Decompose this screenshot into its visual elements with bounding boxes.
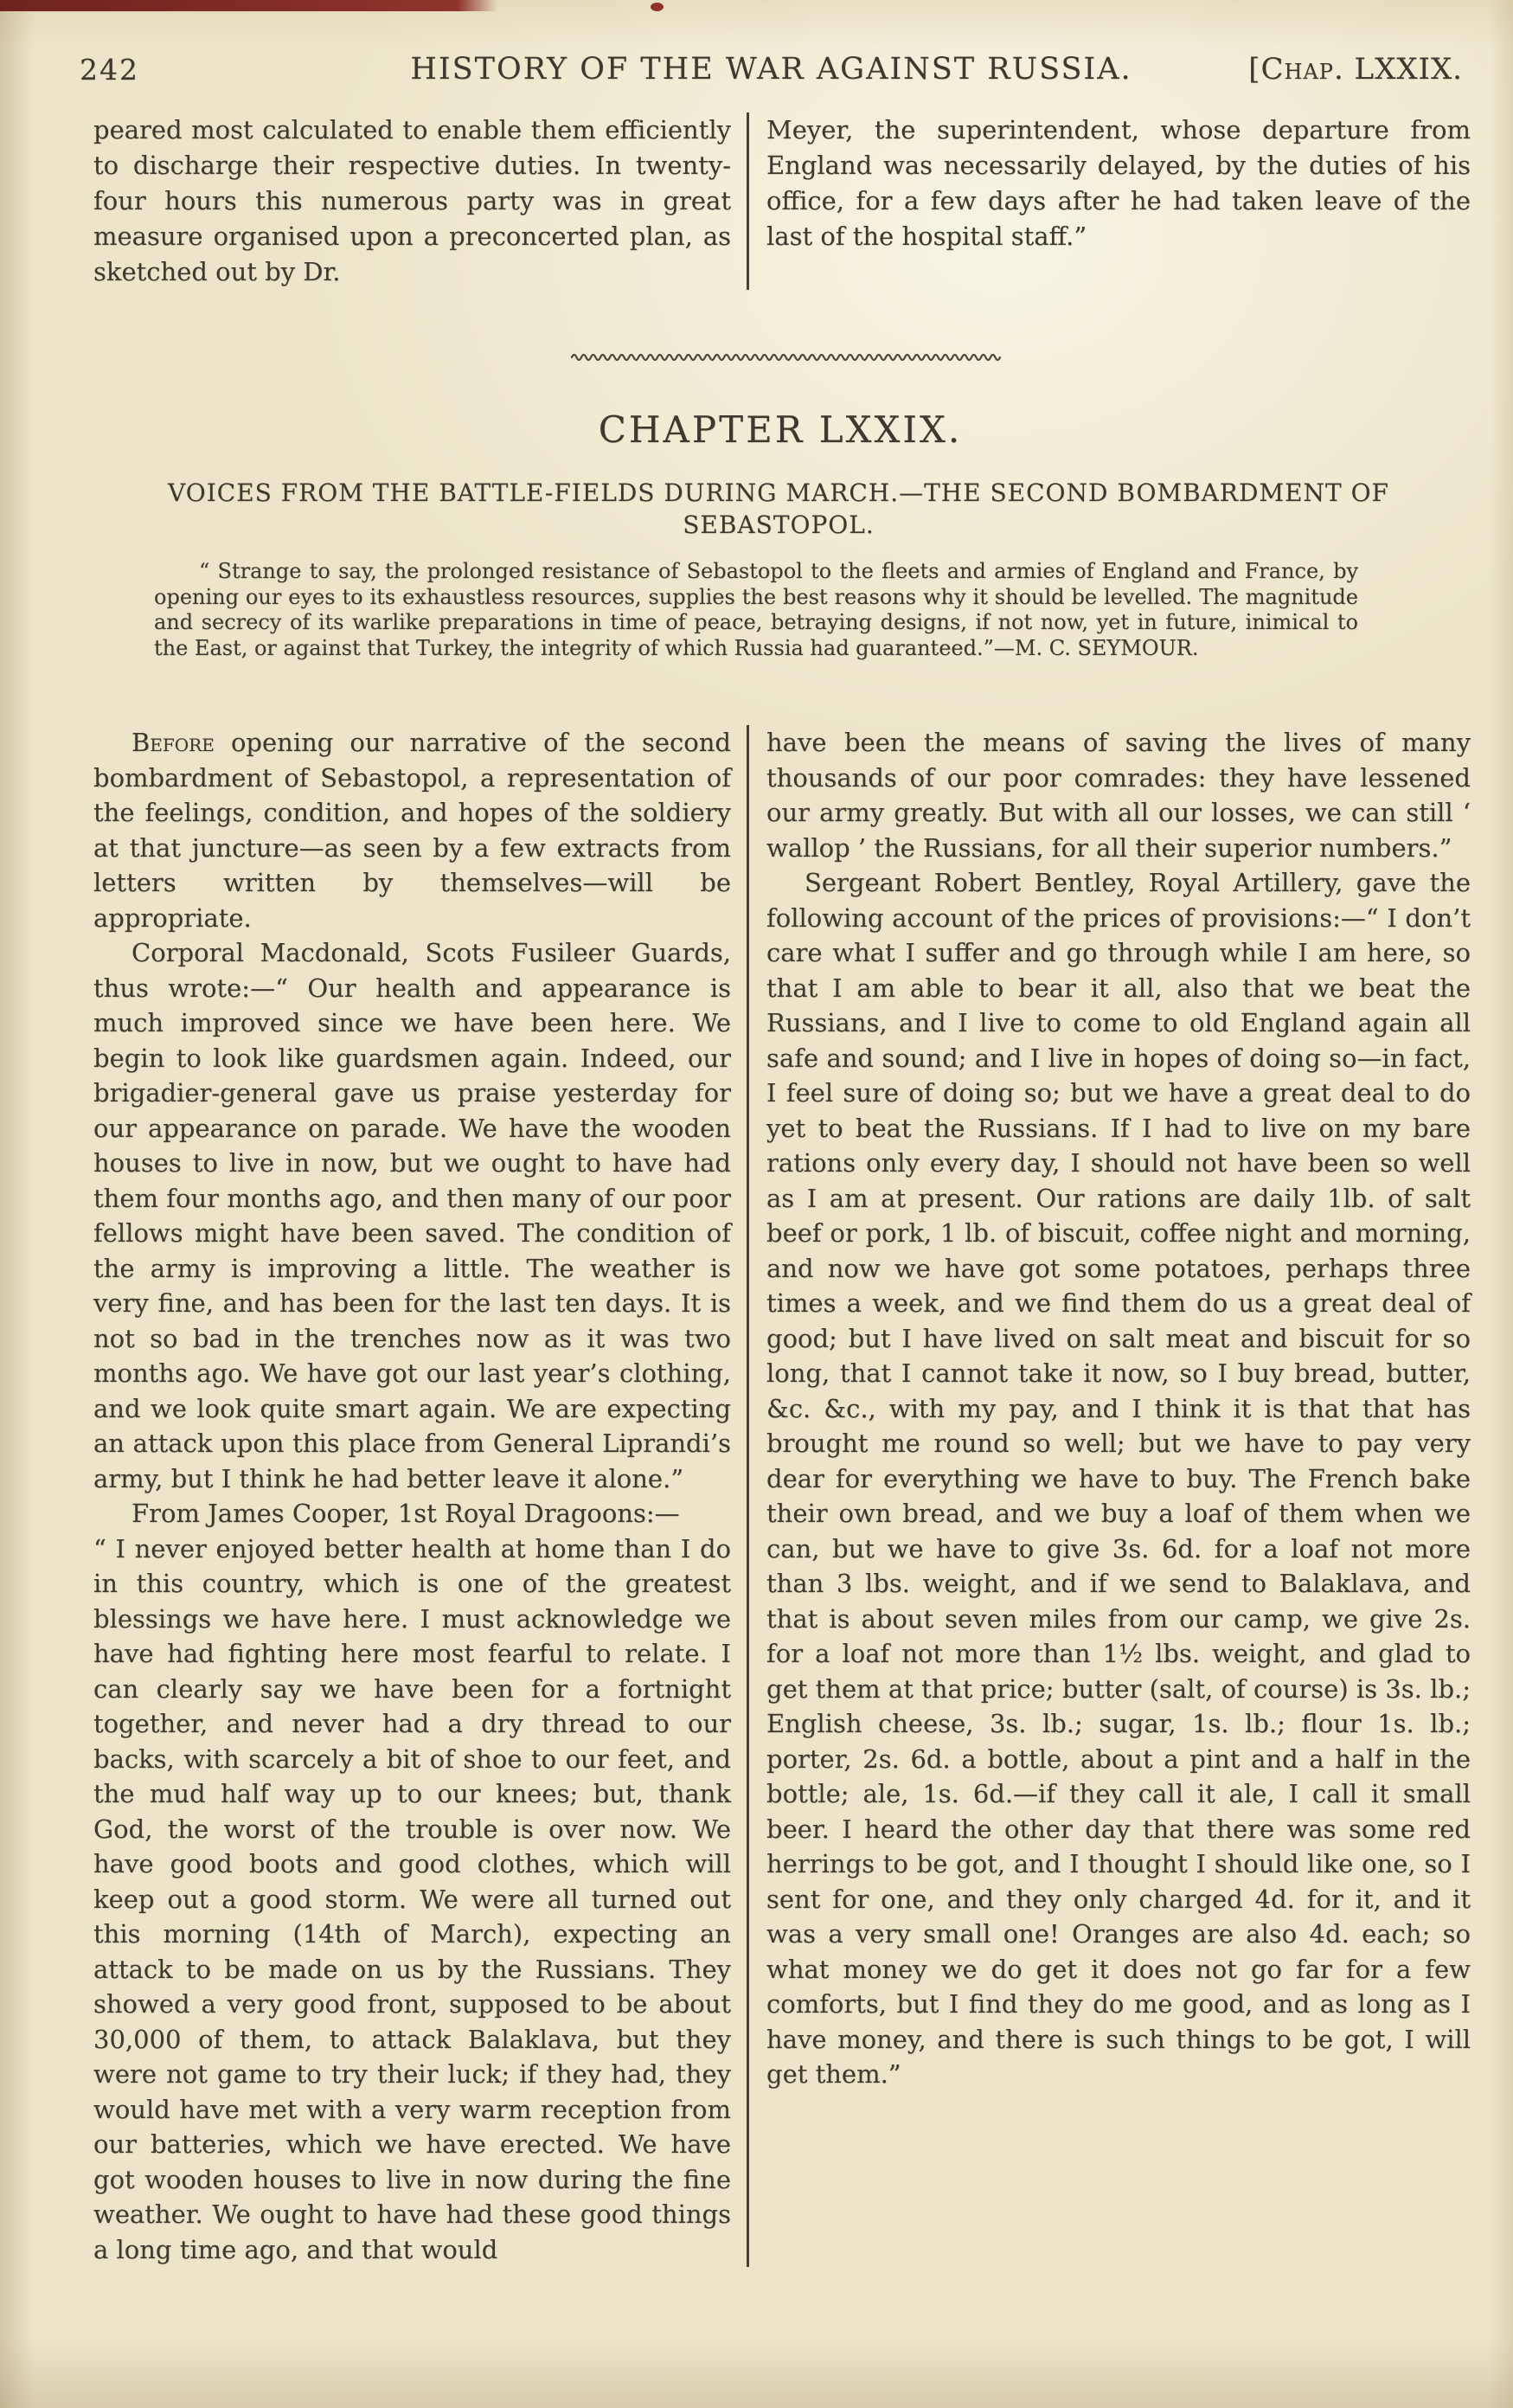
running-header: 242 HISTORY OF THE WAR AGAINST RUSSIA. [… — [80, 48, 1463, 87]
page-number: 242 — [80, 53, 139, 87]
lead-word-smallcaps: Before — [131, 728, 215, 757]
paragraph: peared most calculated to enable them ef… — [93, 112, 731, 290]
wavy-divider — [571, 352, 1003, 363]
chapter-heading: CHAPTER LXXIX. — [90, 408, 1471, 451]
epigraph: “ Strange to say, the prolonged resistan… — [154, 559, 1358, 661]
top-left-column: peared most calculated to enable them ef… — [93, 112, 747, 290]
paragraph: Meyer, the superintendent, whose departu… — [766, 112, 1471, 254]
chapter-subtitle: VOICES FROM THE BATTLE-FIELDS DURING MAR… — [121, 477, 1436, 541]
chapter-reference: [Chap. LXXIX. — [1248, 52, 1463, 87]
book-page: 242 HISTORY OF THE WAR AGAINST RUSSIA. [… — [0, 0, 1513, 2408]
paragraph: Corporal Macdonald, Scots Fusileer Guard… — [93, 935, 731, 1496]
main-text: Before opening our narrative of the seco… — [93, 725, 1471, 2267]
top-right-column: Meyer, the superintendent, whose departu… — [747, 112, 1471, 290]
wavy-divider-path — [572, 355, 1000, 360]
paragraph: “ I never enjoyed better health at home … — [93, 1531, 731, 2268]
left-column: Before opening our narrative of the seco… — [93, 725, 747, 2267]
running-title: HISTORY OF THE WAR AGAINST RUSSIA. — [410, 52, 1132, 87]
paragraph: Before opening our narrative of the seco… — [93, 725, 731, 935]
paragraph-text: opening our narrative of the second bomb… — [93, 728, 731, 933]
scan-speck — [651, 3, 664, 11]
paragraph: From James Cooper, 1st Royal Dragoons:— — [93, 1496, 731, 1531]
paragraph: have been the means of saving the lives … — [766, 725, 1471, 865]
paragraph: Sergeant Robert Bentley, Royal Artillery… — [766, 865, 1471, 2092]
previous-chapter-continuation: peared most calculated to enable them ef… — [93, 112, 1471, 290]
scan-edge-artifact — [0, 0, 497, 11]
right-column: have been the means of saving the lives … — [747, 725, 1471, 2267]
